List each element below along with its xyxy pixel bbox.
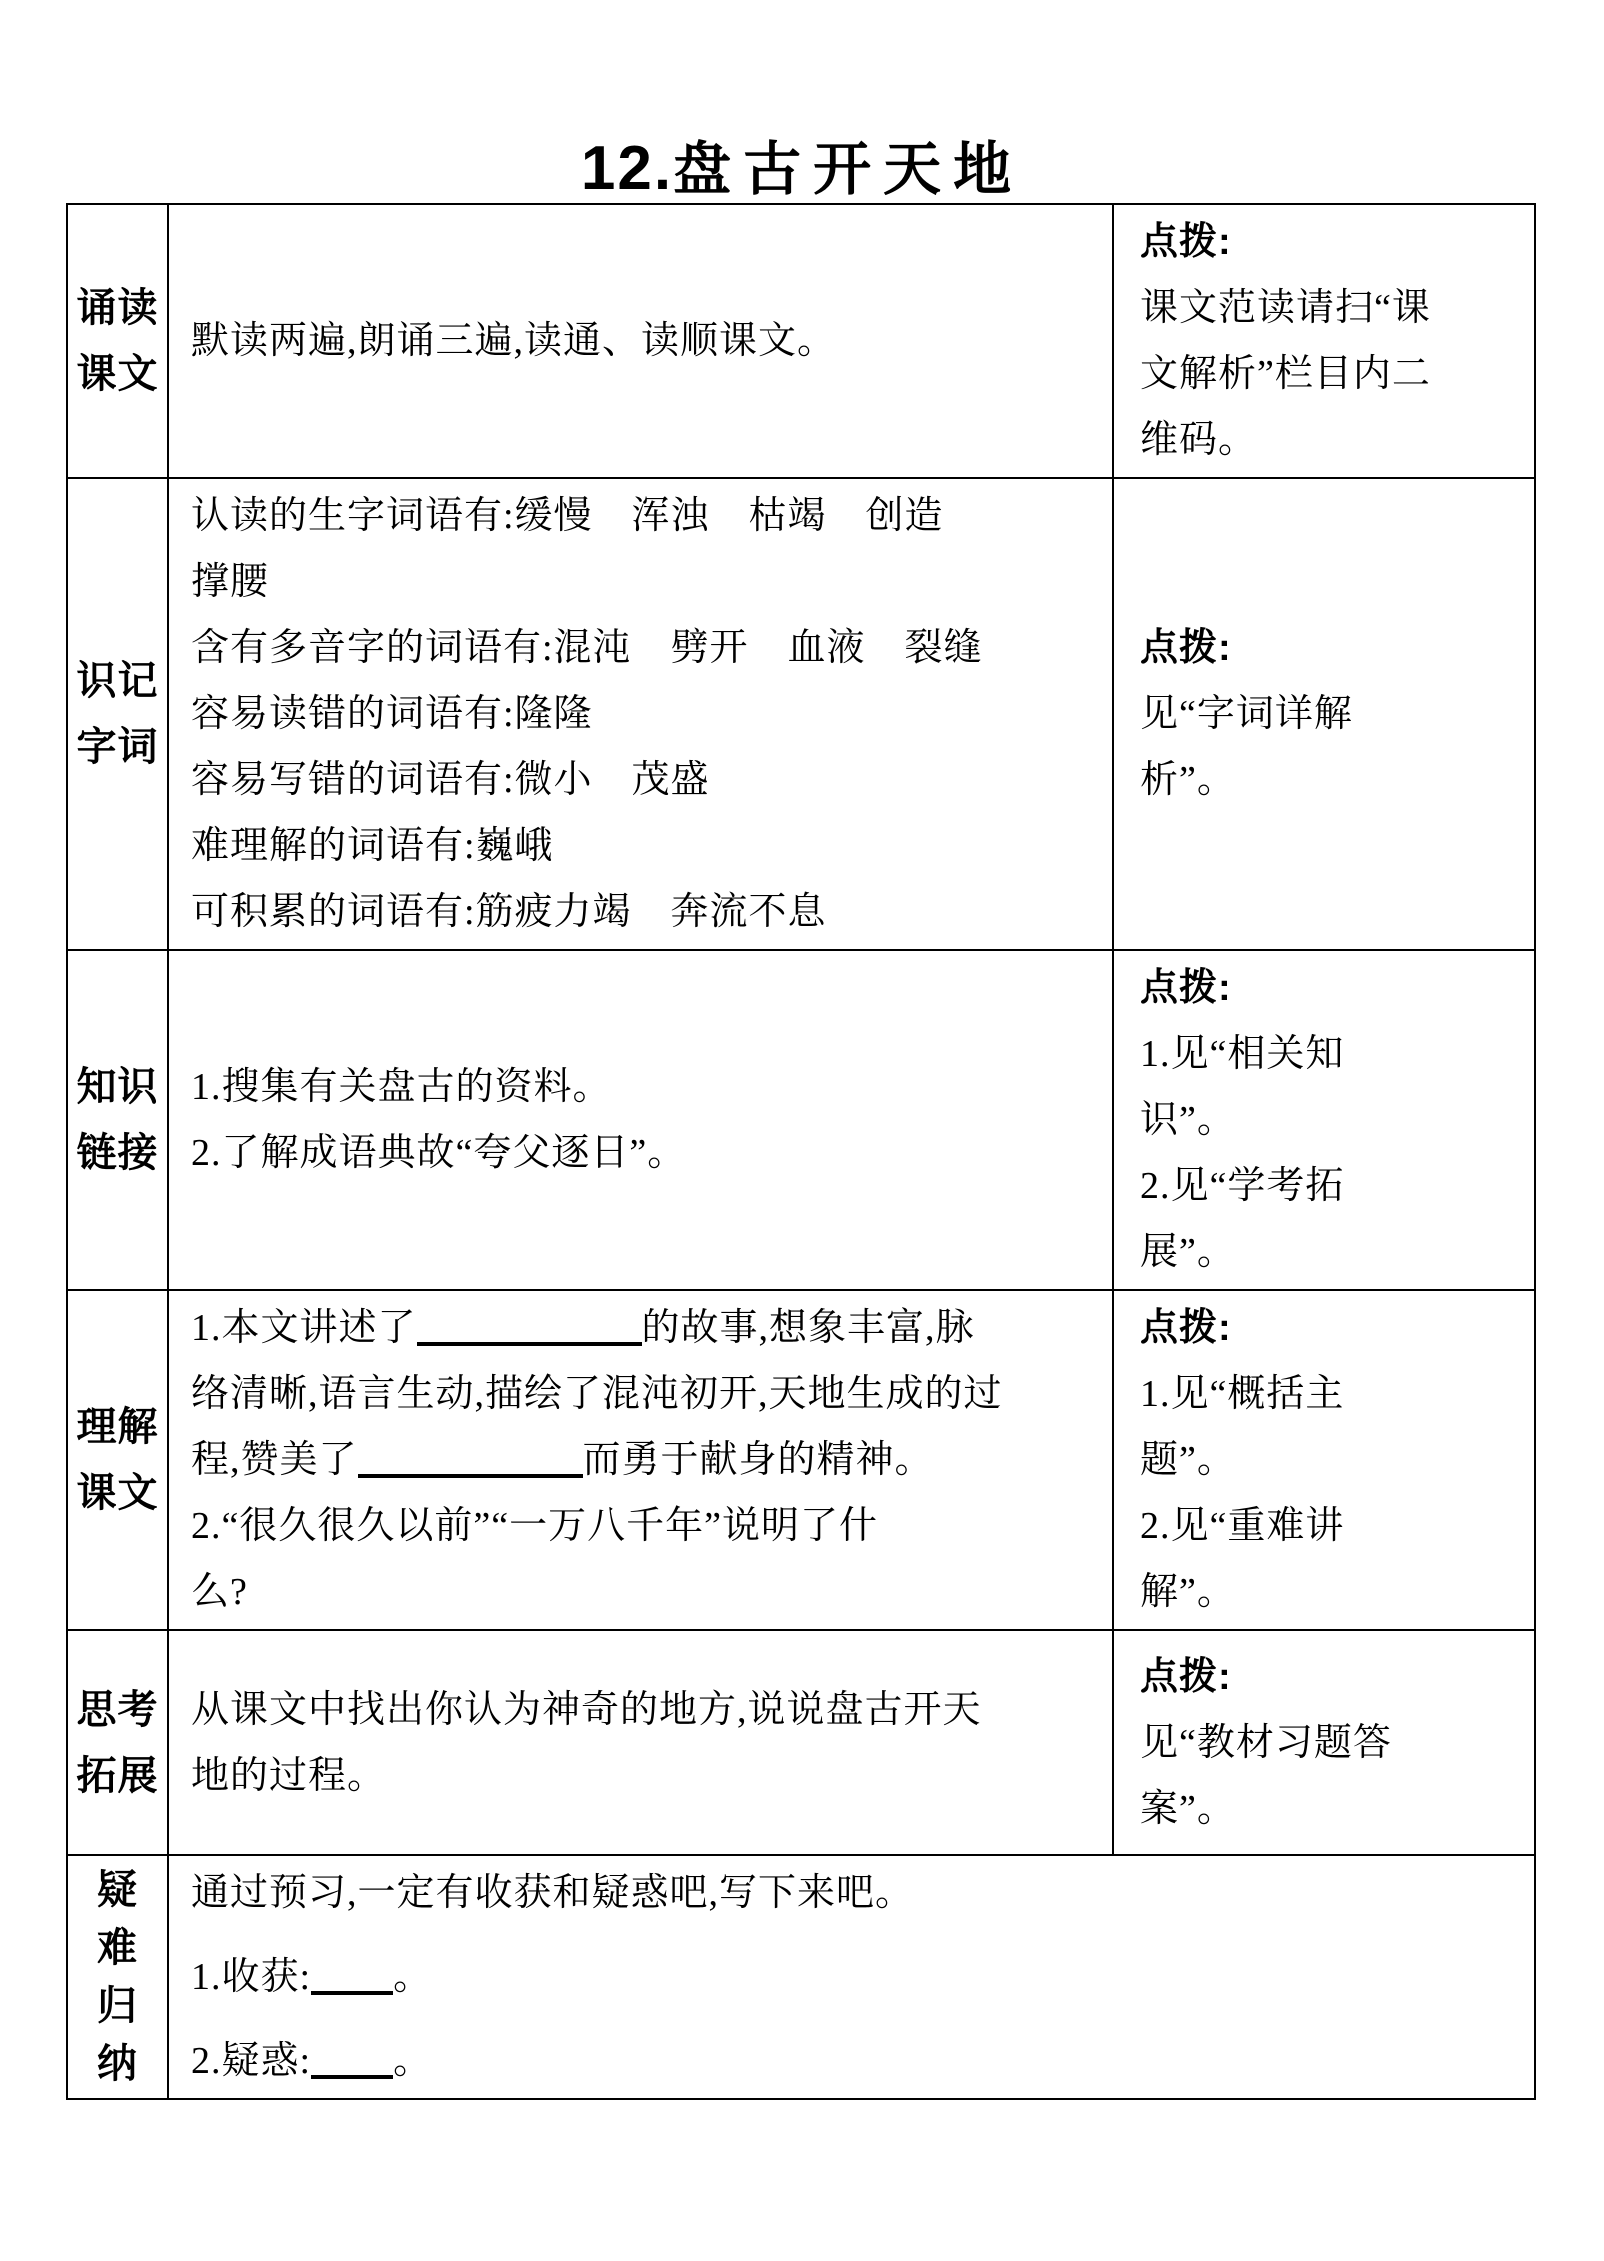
blank-line [311, 2033, 393, 2079]
blank-line [311, 1949, 393, 1995]
row-words-header: 识记 字词 [67, 478, 168, 950]
fill-line-doubt: 2.疑惑:。 [191, 2028, 1526, 2094]
content-line: 么? [191, 1559, 1104, 1625]
tips-label: 点拨: [1140, 955, 1526, 1021]
row-words: 识记 字词 认读的生字词语有:缓慢 浑浊 枯竭 创造 撑腰 含有多音字的词语有:… [67, 478, 1535, 950]
tips-text: 1.见“相关知 识”。 2.见“学考拓 展”。 [1140, 1021, 1526, 1285]
row-summary: 疑 难 归 纳 通过预习,一定有收获和疑惑吧,写下来吧。 1.收获:。 2.疑惑… [67, 1855, 1535, 2099]
content-line: 通过预习,一定有收获和疑惑吧,写下来吧。 [191, 1860, 1526, 1926]
fill-label: 1.收获: [191, 1956, 311, 1998]
content-line: 程,赞美了而勇于献身的精神。 [191, 1427, 1104, 1493]
row-think: 思考 拓展 从课文中找出你认为神奇的地方,说说盘古开天 地的过程。 点拨: 见“… [67, 1630, 1535, 1855]
row-summary-header: 疑 难 归 纳 [67, 1855, 168, 2099]
content-text: 而勇于献身的精神。 [583, 1439, 934, 1481]
blank-line [417, 1300, 642, 1346]
fill-label: 2.疑惑: [191, 2040, 311, 2082]
tips-text: 1.见“概括主 题”。 2.见“重难讲 解”。 [1140, 1361, 1526, 1625]
row-recite-header: 诵读 课文 [67, 204, 168, 478]
lesson-number: 12. [581, 134, 673, 203]
row-knowledge-tips: 点拨: 1.见“相关知 识”。 2.见“学考拓 展”。 [1113, 950, 1535, 1290]
tips-text: 课文范读请扫“课 文解析”栏目内二 维码。 [1140, 275, 1526, 473]
row-knowledge: 知识 链接 1.搜集有关盘古的资料。 2.了解成语典故“夸父逐日”。 点拨: 1… [67, 950, 1535, 1290]
blank-line [358, 1432, 583, 1478]
row-think-header: 思考 拓展 [67, 1630, 168, 1855]
tips-label: 点拨: [1140, 1295, 1526, 1361]
row-recite-content: 默读两遍,朗诵三遍,读通、读顺课文。 [168, 204, 1113, 478]
content-line: 络清晰,语言生动,描绘了混沌初开,天地生成的过 [191, 1361, 1104, 1427]
row-comprehend-header: 理解 课文 [67, 1290, 168, 1630]
tips-label: 点拨: [1140, 615, 1526, 681]
row-recite: 诵读 课文 默读两遍,朗诵三遍,读通、读顺课文。 点拨: 课文范读请扫“课 文解… [67, 204, 1535, 478]
tips-text: 见“教材习题答 案”。 [1140, 1710, 1526, 1842]
fill-suffix: 。 [393, 2040, 432, 2082]
fill-suffix: 。 [393, 1956, 432, 1998]
row-knowledge-content: 1.搜集有关盘古的资料。 2.了解成语典故“夸父逐日”。 [168, 950, 1113, 1290]
lesson-title-text: 盘古开天地 [673, 135, 1023, 203]
content-text: 的故事,想象丰富,脉 [642, 1307, 975, 1349]
content-line: 1.本文讲述了的故事,想象丰富,脉 [191, 1295, 1104, 1361]
row-summary-content: 通过预习,一定有收获和疑惑吧,写下来吧。 1.收获:。 2.疑惑:。 [168, 1855, 1535, 2099]
row-recite-tips: 点拨: 课文范读请扫“课 文解析”栏目内二 维码。 [1113, 204, 1535, 478]
row-comprehend-tips: 点拨: 1.见“概括主 题”。 2.见“重难讲 解”。 [1113, 1290, 1535, 1630]
fill-line-gain: 1.收获:。 [191, 1944, 1526, 2010]
tips-text: 见“字词详解 析”。 [1140, 681, 1526, 813]
tips-label: 点拨: [1140, 1644, 1526, 1710]
tips-label: 点拨: [1140, 209, 1526, 275]
row-comprehend: 理解 课文 1.本文讲述了的故事,想象丰富,脉 络清晰,语言生动,描绘了混沌初开… [67, 1290, 1535, 1630]
row-comprehend-content: 1.本文讲述了的故事,想象丰富,脉 络清晰,语言生动,描绘了混沌初开,天地生成的… [168, 1290, 1113, 1630]
content-text: 程,赞美了 [191, 1439, 358, 1481]
preview-worksheet-table: 诵读 课文 默读两遍,朗诵三遍,读通、读顺课文。 点拨: 课文范读请扫“课 文解… [66, 203, 1536, 2100]
page-title: 12.盘古开天地 [0, 122, 1604, 206]
row-think-tips: 点拨: 见“教材习题答 案”。 [1113, 1630, 1535, 1855]
row-words-content: 认读的生字词语有:缓慢 浑浊 枯竭 创造 撑腰 含有多音字的词语有:混沌 劈开 … [168, 478, 1113, 950]
row-think-content: 从课文中找出你认为神奇的地方,说说盘古开天 地的过程。 [168, 1630, 1113, 1855]
content-text: 1.本文讲述了 [191, 1307, 417, 1349]
row-knowledge-header: 知识 链接 [67, 950, 168, 1290]
row-words-tips: 点拨: 见“字词详解 析”。 [1113, 478, 1535, 950]
content-line: 2.“很久很久以前”“一万八千年”说明了什 [191, 1493, 1104, 1559]
